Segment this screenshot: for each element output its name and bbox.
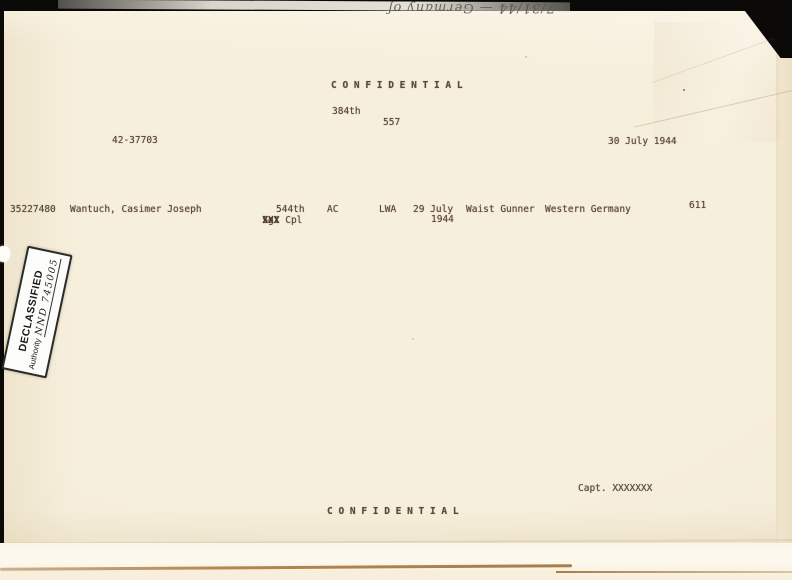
casualty-squadron: 544th xyxy=(276,204,305,215)
handwriting-note: 7/31/44 — Germany of xyxy=(205,0,555,15)
classification-top: C O N F I D E N T I A L xyxy=(331,80,463,91)
squadron-number: 557 xyxy=(383,117,400,128)
corner-fold-shading xyxy=(654,22,780,142)
casualty-duty: Waist Gunner xyxy=(466,204,535,215)
dust-speck xyxy=(412,338,414,340)
rank-corrected: Cpl xyxy=(285,215,302,226)
classification-bottom: C O N F I D E N T I A L xyxy=(327,506,459,517)
reference-number: 611 xyxy=(689,200,706,211)
casualty-date-line2: 1944 xyxy=(431,214,454,225)
aircraft-serial: 42-37703 xyxy=(112,135,158,146)
casualty-status: LWA xyxy=(379,204,396,215)
struck-rank: SgtXXX xyxy=(262,215,279,226)
report-date: 30 July 1944 xyxy=(608,136,677,147)
scanned-document: 7/31/44 — Germany of C O N F I D E N T I… xyxy=(0,0,792,580)
document-page xyxy=(4,11,776,548)
casualty-asn: 35227480 xyxy=(10,204,56,215)
paper-edge-line-2 xyxy=(556,571,792,573)
bottom-sheet-edge-2 xyxy=(0,570,560,580)
dust-speck xyxy=(683,89,685,91)
dust-speck xyxy=(525,56,527,58)
casualty-branch: AC xyxy=(327,204,338,215)
group-number: 384th xyxy=(332,106,361,117)
strike-overlay: XXX xyxy=(262,215,279,226)
signature-line: Capt. XXXXXXX xyxy=(578,483,652,494)
casualty-name: Wantuch, Casimer Joseph xyxy=(70,204,202,215)
casualty-place: Western Germany xyxy=(545,204,631,215)
